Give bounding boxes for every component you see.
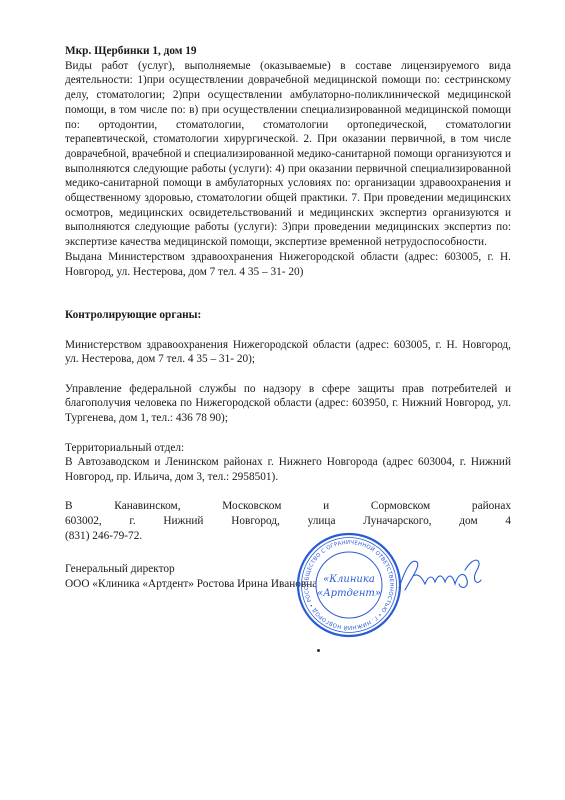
address-heading: Мкр. Щербинки 1, дом 19 [65, 44, 511, 59]
stamp-center-line-1: «Клиника [323, 574, 375, 585]
kanavino-line-3: (831) 246-79-72. [65, 529, 511, 544]
territorial-avtozavod: В Автозаводском и Ленинском районах г. Н… [65, 455, 511, 484]
kanavino-line-1: В Канавинском, Московском и Сормовском р… [65, 499, 511, 514]
company-stamp-icon: ОБЩЕСТВО С ОГРАНИЧЕННОЙ ОТВЕТСТВЕННОСТЬЮ… [296, 532, 402, 638]
ministry-paragraph: Министерством здравоохранения Нижегородс… [65, 338, 511, 367]
controlling-heading: Контролирующие органы: [65, 308, 511, 323]
signatory-title: Генеральный директор [65, 562, 317, 577]
issued-by: Выдана Министерством здравоохранения Ниж… [65, 250, 511, 279]
document-page: Мкр. Щербинки 1, дом 19 Виды работ (услу… [65, 44, 511, 543]
services-paragraph: Виды работ (услуг), выполняемые (оказыва… [65, 59, 511, 250]
rospotrebnadzor-paragraph: Управление федеральной службы по надзору… [65, 382, 511, 426]
handwritten-signature-icon [395, 550, 485, 600]
kanavino-line-2: 603002, г. Нижний Новгород, улица Лунача… [65, 514, 511, 529]
scan-speck [317, 649, 320, 652]
stamp-center-line-2: «Артдент» [317, 588, 381, 599]
signatory-name: ООО «Клиника «Артдент» Ростова Ирина Ива… [65, 577, 317, 592]
territorial-label: Территориальный отдел: [65, 441, 511, 456]
signature-block: Генеральный директор ООО «Клиника «Артде… [65, 562, 317, 591]
